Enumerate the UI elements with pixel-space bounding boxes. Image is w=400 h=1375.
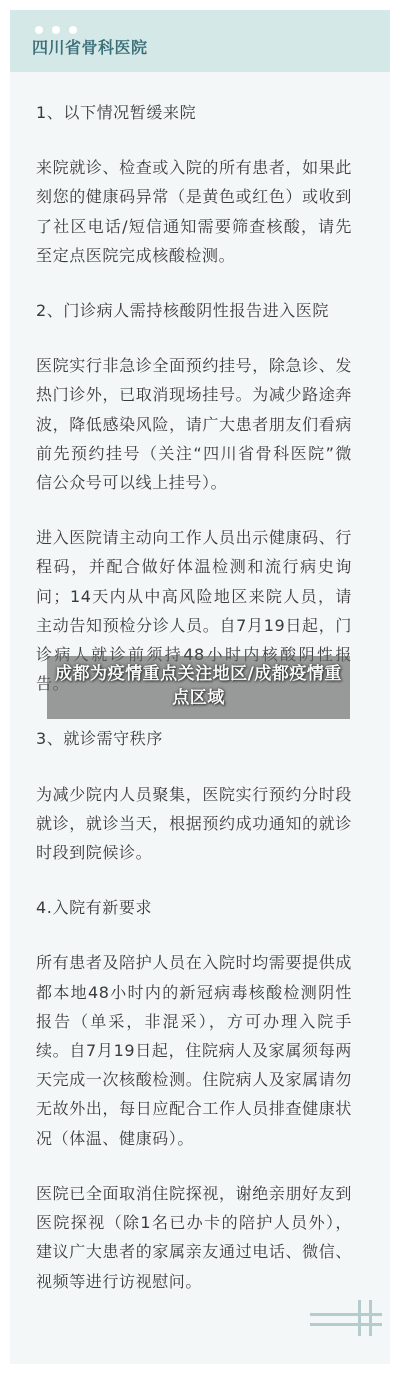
card-header: 四川省骨科医院 [10, 10, 390, 72]
section-3-paragraph: 为减少院内人员聚集，医院实行预约分时段就诊，就诊当天，根据预约成功通知的就诊时段… [36, 780, 352, 868]
dot-icon [69, 26, 77, 34]
section-4-paragraph-2: 医院已全面取消住院探视，谢绝亲朋好友到医院探视（除1名已办卡的陪护人员外），建议… [36, 1179, 352, 1296]
section-1-paragraph: 来院就诊、检查或入院的所有患者，如果此刻您的健康码异常（是黄色或红色）或收到了社… [36, 153, 352, 270]
hospital-title: 四川省骨科医院 [32, 38, 148, 58]
section-1-heading: 1、以下情况暂缓来院 [36, 98, 352, 127]
dot-icon [35, 26, 43, 34]
dot-icon [52, 26, 60, 34]
section-2-paragraph-1: 医院实行非急诊全面预约挂号，除急诊、发热门诊外，已取消现场挂号。为减少路途奔波，… [36, 351, 352, 497]
section-4-heading: 4.入院有新要求 [36, 893, 352, 922]
section-4-paragraph-1: 所有患者及陪护人员在入院时均需要提供成都本地48小时内的新冠病毒核酸检测阴性报告… [36, 948, 352, 1152]
window-dots [35, 26, 77, 34]
section-2-heading: 2、门诊病人需持核酸阴性报告进入医院 [36, 296, 352, 325]
caption-text: 成都为疫情重点关注地区/成都疫情重点区域 [47, 662, 350, 710]
section-3-heading: 3、就诊需守秩序 [36, 724, 352, 753]
